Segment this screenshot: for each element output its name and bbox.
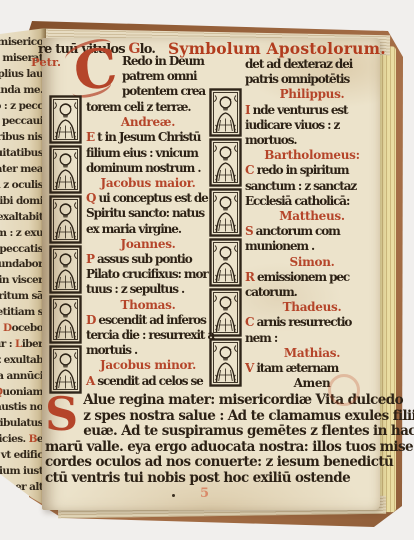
margin-fragment-line: moribus nis	[0, 131, 46, 147]
apostle-name-rubric: Philippus.	[245, 87, 379, 102]
creed-line: Pilato crucifixus: mor	[86, 267, 210, 282]
margin-fragment-line: Quoniam	[0, 386, 46, 402]
margin-fragment-line: osco : z pecc	[0, 100, 46, 116]
salve-line: z spes nostra salue : Ad te clamamus exu…	[45, 409, 379, 425]
apostle-portrait-woodcut	[49, 95, 82, 144]
apostle-name-rubric: Thomas.	[86, 298, 210, 313]
apostle-portrait-woodcut	[209, 138, 242, 187]
creed-line: tuus : z sepultus .	[86, 282, 210, 297]
creed-line: iudicare viuos : z	[245, 118, 379, 133]
margin-fragment-line: icies. Be	[0, 433, 46, 449]
creed-line: Spiritu sancto: natus	[86, 206, 210, 221]
apostle-name-rubric: Andreæ.	[86, 115, 210, 130]
apostle-name-rubric: Bartholomeus:	[245, 148, 379, 163]
apostle-name-rubric: Simon.	[245, 255, 379, 270]
opening-line: Redo in Deum	[122, 54, 205, 69]
page-number: 5	[200, 486, 209, 501]
margin-fragment-line: ficium iust	[0, 465, 46, 481]
creed-line: Qui conceptus est de	[86, 191, 210, 206]
creed-drop-cap: C	[72, 42, 119, 96]
apostle-name-rubric: Jacobus maior.	[86, 176, 210, 191]
creed-line: det ad dexteraz dei	[245, 57, 379, 72]
creed-line: Remissionem pec	[245, 270, 379, 285]
apostle-portrait-woodcut	[209, 338, 242, 387]
apostle-portrait-woodcut	[49, 145, 82, 194]
margin-fragment-line: a z oculis	[0, 179, 46, 195]
margin-fragment-line: s tibi domi	[0, 195, 46, 211]
margin-fragment-line: ur : Liber	[0, 338, 46, 354]
salve-drop-cap: S	[45, 396, 78, 429]
margin-fragment-line: o: mundabor	[0, 258, 46, 274]
salve-regina-lines: Alue regina mater: misericordiæ Vita dul…	[45, 393, 379, 487]
apostle-name-rubric: Jacobus minor.	[86, 358, 210, 373]
creed-line: munionem .	[245, 239, 379, 254]
creed-line: mortuis .	[86, 343, 210, 358]
creed-line: ex maria virgine.	[86, 222, 210, 237]
apostle-woodcuts-left	[49, 95, 82, 394]
margin-fragment-line: a in viscer	[0, 274, 46, 290]
book-photograph: ā misericoinem miseratAmplius lauo munda…	[0, 0, 414, 540]
creed-column-left: torem celi z terræ.Andreæ.Et in Jesum Ch…	[86, 100, 210, 389]
apostle-woodcuts-right	[209, 88, 242, 387]
creed-line: nem :	[245, 331, 379, 346]
creed-line: Credo in spiritum	[245, 163, 379, 178]
margin-fragment-line: e mater mea	[0, 163, 46, 179]
margin-fragment-line: uā exaltabit	[0, 211, 46, 227]
creed-line: tercia die : resurrexit a	[86, 328, 210, 343]
salve-line: cordes oculos ad nos conuerte: z iesum b…	[45, 455, 379, 471]
margin-fragment-line: r super alt	[0, 481, 46, 497]
salve-line: marū valle. eya ergo aduocata nostra: il…	[45, 440, 379, 456]
creed-line: Et in Jesum Christū	[86, 130, 210, 145]
red-stamp-mark	[328, 374, 360, 406]
margin-fragment-line: Amplius lau	[0, 68, 46, 84]
apostle-portrait-woodcut	[209, 188, 242, 237]
margin-fragment-line: o munda me.	[0, 84, 46, 100]
ink-dot	[172, 494, 175, 497]
creed-line: Passus sub pontio	[86, 252, 210, 267]
apostle-portrait-woodcut	[49, 245, 82, 294]
previous-page-strip: ā misericoinem miseratAmplius lauo munda…	[0, 26, 46, 508]
salve-line: ctū ventris tui nobis post hoc exiliū os…	[45, 471, 379, 487]
margin-fragment-line: i lætitiam s	[0, 306, 46, 322]
opening-line: potentem crea	[122, 84, 205, 99]
creed-line: sanctum : z sanctaz	[245, 179, 379, 194]
margin-fragment-line: : z exultab	[0, 354, 46, 370]
apostle-name-rubric: Mattheus.	[245, 209, 379, 224]
creed-line: torem celi z terræ.	[86, 100, 210, 115]
creed-line: Ascendit ad celos se	[86, 374, 210, 389]
creed-column-right: det ad dexteraz deipatris omnipotētisPhi…	[245, 57, 379, 391]
creed-line: filium eius : vnicum	[86, 146, 210, 161]
creed-line: Inde venturus est	[245, 103, 379, 118]
creed-line: Ecclesiā catholicā:	[245, 194, 379, 209]
apostle-portrait-woodcut	[49, 195, 82, 244]
creed-line: mortuos.	[245, 133, 379, 148]
margin-fragment-line: itam : z exu	[0, 227, 46, 243]
opening-line: patrem omni	[122, 69, 205, 84]
margin-fragment-line: ocaustis no	[0, 401, 46, 417]
creed-line: Descendit ad inferos	[86, 313, 210, 328]
creed-line: dominum nostrum .	[86, 161, 210, 176]
margin-fragment-line: e. Docebo	[0, 322, 46, 338]
apostle-name-rubric: Thadeus.	[245, 300, 379, 315]
apostle-name-rubric: Mathias.	[245, 346, 379, 361]
margin-fragment-line: mea annūci	[0, 370, 46, 386]
creed-line: Sanctorum com	[245, 224, 379, 239]
apostle-portrait-woodcut	[49, 295, 82, 344]
salve-line: euæ. Ad te suspiramus gemētes z flentes …	[45, 424, 379, 440]
margin-fragment-line: m a peccatis	[0, 243, 46, 259]
apostle-name-rubric: Joannes.	[86, 237, 210, 252]
previous-page-text: ā misericoinem miseratAmplius lauo munda…	[0, 36, 46, 497]
margin-apostle-note: Petr.	[31, 55, 61, 69]
apostle-portrait-woodcut	[209, 88, 242, 137]
apostle-portrait-woodcut	[209, 238, 242, 287]
creed-line: catorum.	[245, 285, 379, 300]
margin-fragment-line: iniquitatibus	[0, 147, 46, 163]
main-page: re tuū vitulos Glo. Symbolum Apostolorum…	[42, 38, 380, 510]
margin-fragment-line: spiritum sā	[0, 290, 46, 306]
salve-regina-block: S Alue regina mater: misericordiæ Vita d…	[45, 393, 379, 487]
creed-line: patris omnipotētis	[245, 72, 379, 87]
margin-fragment-line: soli peccaui	[0, 115, 46, 131]
creed-opening-lines: Redo in Deum patrem omni potentem crea	[122, 54, 205, 100]
creed-line: Carnis resurrectio	[245, 315, 379, 330]
creed-line: Vitam æternam	[245, 361, 379, 376]
margin-fragment-line: ntribulatus	[0, 417, 46, 433]
margin-fragment-line: e vt edific	[0, 449, 46, 465]
